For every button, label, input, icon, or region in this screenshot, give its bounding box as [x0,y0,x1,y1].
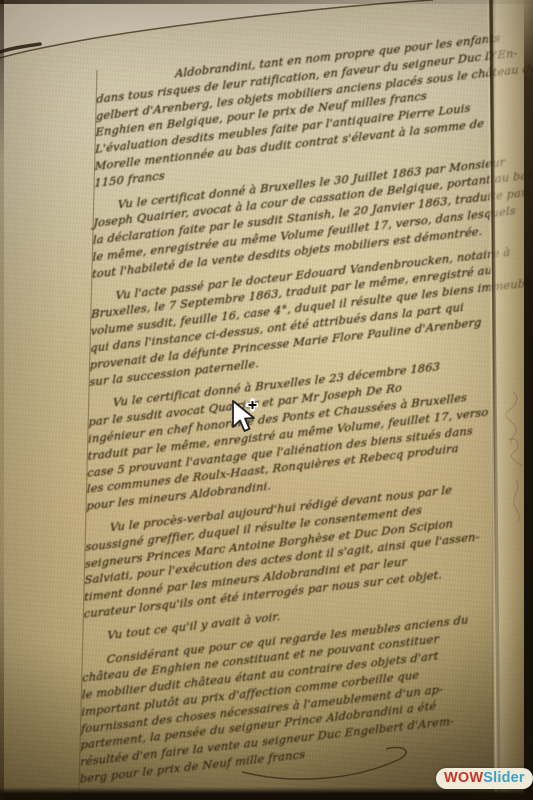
wowslider-slider-label: Slider [483,768,525,789]
wowslider-watermark[interactable]: WOWSlider [436,768,533,789]
wowslider-wow-label: WOW [444,768,483,789]
photo-of-manuscript-book: Aldobrandini, tant en nom propre que pou… [0,0,533,800]
manuscript-text: Aldobrandini, tant en nom propre que pou… [79,24,533,795]
